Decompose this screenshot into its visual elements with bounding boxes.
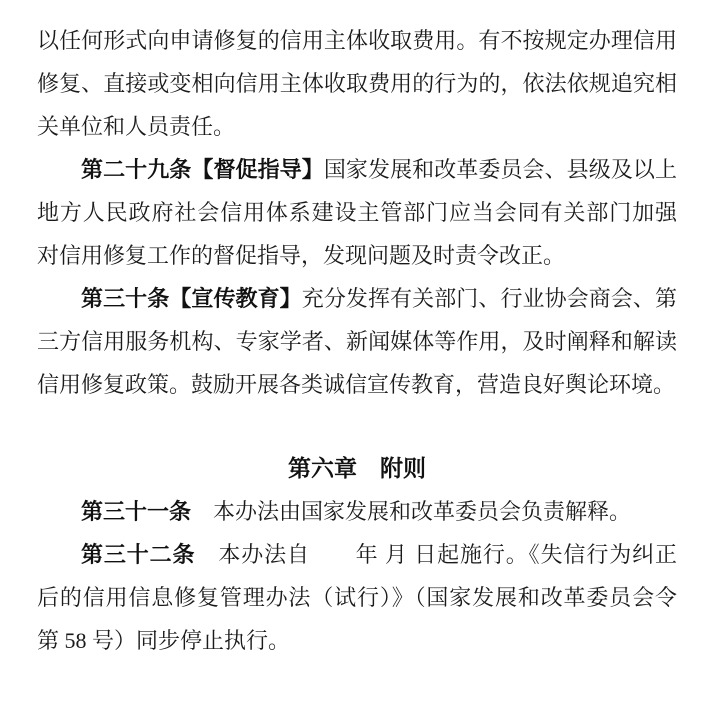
document-page: 以任何形式向申请修复的信用主体收取费用。有不按规定办理信用 修复、直接或变相向信…: [0, 0, 709, 702]
line-text: 国家发展和改革委员会、县级及以上: [324, 157, 677, 182]
body-line: 第 58 号）同步停止执行。: [37, 619, 677, 662]
text-column: 以任何形式向申请修复的信用主体收取费用。有不按规定办理信用 修复、直接或变相向信…: [37, 19, 677, 662]
body-line: 修复、直接或变相向信用主体收取费用的行为的，依法依规追究相: [37, 62, 677, 105]
line-text: 第 58 号）同步停止执行。: [37, 628, 290, 653]
line-text: 地方人民政府社会信用体系建设主管部门应当会同有关部门加强: [37, 200, 677, 225]
body-line: 第二十九条【督促指导】国家发展和改革委员会、县级及以上: [37, 148, 677, 191]
chapter-heading: 第六章 附则: [37, 447, 677, 490]
line-text: 后的信用信息修复管理办法（试行）》（国家发展和改革委员会令: [37, 585, 677, 610]
line-text: 本办法自 年 月 日起施行。《失信行为纠正: [195, 542, 677, 567]
article-number: 第三十一条: [81, 499, 191, 524]
body-line: 第三十一条 本办法由国家发展和改革委员会负责解释。: [37, 490, 677, 533]
body-line: 第三十条【宣传教育】充分发挥有关部门、行业协会商会、第: [37, 277, 677, 320]
line-text: 以任何形式向申请修复的信用主体收取费用。有不按规定办理信用: [37, 28, 677, 53]
body-line: 后的信用信息修复管理办法（试行）》（国家发展和改革委员会令: [37, 576, 677, 619]
line-text: 充分发挥有关部门、行业协会商会、第: [302, 286, 677, 311]
line-text: 信用修复政策。鼓励开展各类诚信宣传教育，营造良好舆论环境。: [37, 372, 675, 397]
line-text: 本办法由国家发展和改革委员会负责解释。: [191, 499, 631, 524]
article-number: 第二十九条【督促指导】: [81, 157, 324, 182]
line-text: 修复、直接或变相向信用主体收取费用的行为的，依法依规追究相: [37, 71, 677, 96]
body-line: 以任何形式向申请修复的信用主体收取费用。有不按规定办理信用: [37, 19, 677, 62]
line-text: 关单位和人员责任。: [37, 114, 235, 139]
body-line: 三方信用服务机构、专家学者、新闻媒体等作用，及时阐释和解读: [37, 320, 677, 363]
body-line: 第三十二条 本办法自 年 月 日起施行。《失信行为纠正: [37, 533, 677, 576]
body-line: 关单位和人员责任。: [37, 105, 677, 148]
line-text: 三方信用服务机构、专家学者、新闻媒体等作用，及时阐释和解读: [37, 329, 677, 354]
line-text: 对信用修复工作的督促指导，发现问题及时责令改正。: [37, 243, 565, 268]
body-line: 地方人民政府社会信用体系建设主管部门应当会同有关部门加强: [37, 191, 677, 234]
article-number: 第三十条【宣传教育】: [81, 286, 302, 311]
article-number: 第三十二条: [81, 542, 195, 567]
body-line: 对信用修复工作的督促指导，发现问题及时责令改正。: [37, 234, 677, 277]
body-line: 信用修复政策。鼓励开展各类诚信宣传教育，营造良好舆论环境。: [37, 363, 677, 406]
